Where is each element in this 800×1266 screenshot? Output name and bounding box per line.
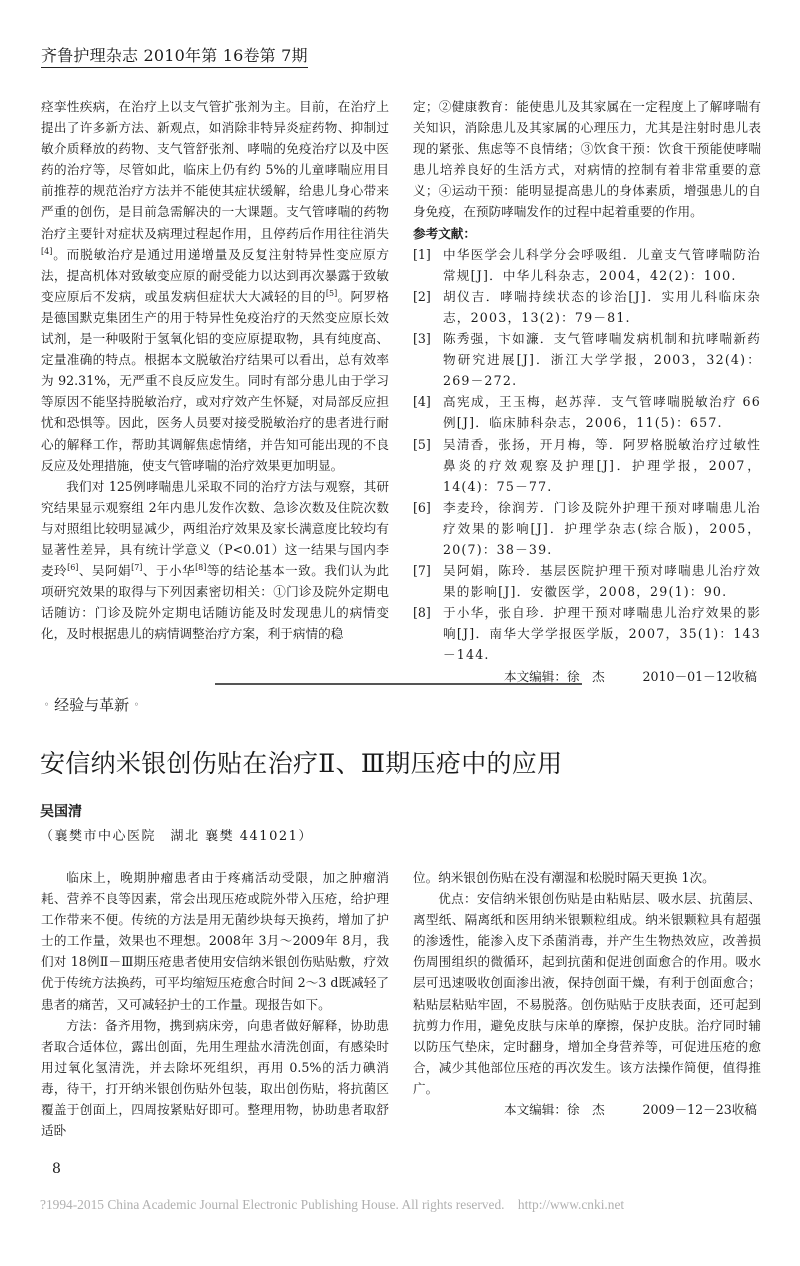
reference-number: [6]	[413, 497, 443, 560]
journal-running-header: 齐鲁护理杂志 2010年第 16卷第 7期	[41, 46, 308, 68]
references-heading: 参考文献：	[413, 223, 761, 244]
reference-text: 李麦玲，徐润芳．门诊及院外护理干预对哮喘患儿治疗效果的影响[J]．护理学杂志(综…	[443, 497, 761, 560]
reference-item: [7]吴阿娟，陈玲．基层医院护理干预对哮喘患儿治疗效果的影响[J]．安徽医学，2…	[413, 560, 761, 602]
reference-text: 中华医学会儿科学分会呼吸组．儿童支气管哮喘防治常规[J]．中华儿科杂志，2004…	[443, 244, 761, 286]
editor-received-line: 本文编辑：徐 杰 2009－12－23收稿	[413, 1099, 761, 1120]
body-paragraph: 方法：备齐用物，携到病床旁，向患者做好解释，协助患者取合适体位，露出创面，先用生…	[41, 1015, 389, 1142]
body-paragraph: 临床上，晚期肿瘤患者由于疼痛活动受限，加之肿瘤消耗、营养不良等因素，常会出现压疮…	[41, 867, 389, 1015]
reference-text: 胡仪吉．哮喘持续状态的诊治[J]．实用儿科临床杂志，2003，13(2)：79－…	[443, 286, 761, 328]
reference-number: [2]	[413, 286, 443, 328]
citation[interactable]: [6]	[67, 563, 78, 572]
article1-left-column: 痉挛性疾病，在治疗上以支气管扩张剂为主。目前，在治疗上提出了许多新方法、新观点，…	[41, 96, 389, 644]
body-paragraph: 定；②健康教育：能使患儿及其家属在一定程度上了解哮喘有关知识，消除患儿及其家属的…	[413, 96, 761, 223]
page-number: 8	[52, 1160, 61, 1178]
body-paragraph: 优点：安信纳米银创伤贴是由粘贴层、吸水层、抗菌层、离型纸、隔离纸和医用纳米银颗粒…	[413, 888, 761, 1099]
bullet-dot-icon: ◦	[44, 701, 49, 711]
reference-number: [5]	[413, 434, 443, 497]
body-paragraph: 位。纳米银创伤贴在没有潮湿和松脱时隔天更换 1次。	[413, 867, 761, 888]
reference-item: [5]吴清香，张扬，开月梅，等．阿罗格脱敏治疗过敏性鼻炎的疗效观察及护理[J]．…	[413, 434, 761, 497]
references-list: [1]中华医学会儿科学分会呼吸组．儿童支气管哮喘防治常规[J]．中华儿科杂志，2…	[413, 244, 761, 666]
article-divider	[215, 683, 582, 685]
reference-item: [1]中华医学会儿科学分会呼吸组．儿童支气管哮喘防治常规[J]．中华儿科杂志，2…	[413, 244, 761, 286]
reference-text: 吴清香，张扬，开月梅，等．阿罗格脱敏治疗过敏性鼻炎的疗效观察及护理[J]．护理学…	[443, 434, 761, 497]
reference-number: [1]	[413, 244, 443, 286]
article2-right-column: 位。纳米银创伤贴在没有潮湿和松脱时隔天更换 1次。 优点：安信纳米银创伤贴是由粘…	[413, 867, 761, 1120]
reference-text: 高宪成，王玉梅，赵苏萍．支气管哮喘脱敏治疗 66例[J]．临床肺科杂志，2006…	[443, 391, 761, 433]
bullet-dot-icon: ◦	[134, 701, 139, 711]
reference-item: [3]陈秀强，卞如濂．支气管哮喘发病机制和抗哮喘新药物研究进展[J]．浙江大学学…	[413, 328, 761, 391]
author-affiliation: （襄樊市中心医院 湖北 襄樊 441021）	[40, 827, 313, 847]
reference-item: [2]胡仪吉．哮喘持续状态的诊治[J]．实用儿科临床杂志，2003，13(2)：…	[413, 286, 761, 328]
article2-left-column: 临床上，晚期肿瘤患者由于疼痛活动受限，加之肿瘤消耗、营养不良等因素，常会出现压疮…	[41, 867, 389, 1141]
author-name: 吴国清	[40, 802, 82, 822]
reference-number: [3]	[413, 328, 443, 391]
section-label: ◦ 经验与革新 ◦	[44, 693, 139, 718]
section-name: 经验与革新	[54, 696, 129, 714]
reference-text: 吴阿娟，陈玲．基层医院护理干预对哮喘患儿治疗效果的影响[J]．安徽医学，2008…	[443, 560, 761, 602]
reference-item: [6]李麦玲，徐润芳．门诊及院外护理干预对哮喘患儿治疗效果的影响[J]．护理学杂…	[413, 497, 761, 560]
citation[interactable]: [7]	[131, 563, 142, 572]
reference-text: 于小华，张自珍．护理干预对哮喘患儿治疗效果的影响[J]．南华大学学报医学版，20…	[443, 602, 761, 665]
reference-item: [8]于小华，张自珍．护理干预对哮喘患儿治疗效果的影响[J]．南华大学学报医学版…	[413, 602, 761, 665]
copyright-notice: ?1994-2015 China Academic Journal Electr…	[40, 1196, 624, 1214]
citation[interactable]: [5]	[326, 289, 337, 298]
body-paragraph: 痉挛性疾病，在治疗上以支气管扩张剂为主。目前，在治疗上提出了许多新方法、新观点，…	[41, 96, 389, 476]
reference-number: [8]	[413, 602, 443, 665]
citation[interactable]: [4]	[41, 246, 52, 255]
reference-item: [4]高宪成，王玉梅，赵苏萍．支气管哮喘脱敏治疗 66例[J]．临床肺科杂志，2…	[413, 391, 761, 433]
article-title: 安信纳米银创伤贴在治疗Ⅱ、Ⅲ期压疮中的应用	[40, 747, 562, 781]
citation[interactable]: [8]	[195, 563, 206, 572]
reference-text: 陈秀强，卞如濂．支气管哮喘发病机制和抗哮喘新药物研究进展[J]．浙江大学学报，2…	[443, 328, 761, 391]
reference-number: [7]	[413, 560, 443, 602]
body-paragraph: 我们对 125例哮喘患儿采取不同的治疗方法与观察，其研究结果显示观察组 2年内患…	[41, 476, 389, 645]
article1-right-column: 定；②健康教育：能使患儿及其家属在一定程度上了解哮喘有关知识，消除患儿及其家属的…	[413, 96, 761, 687]
reference-number: [4]	[413, 391, 443, 433]
